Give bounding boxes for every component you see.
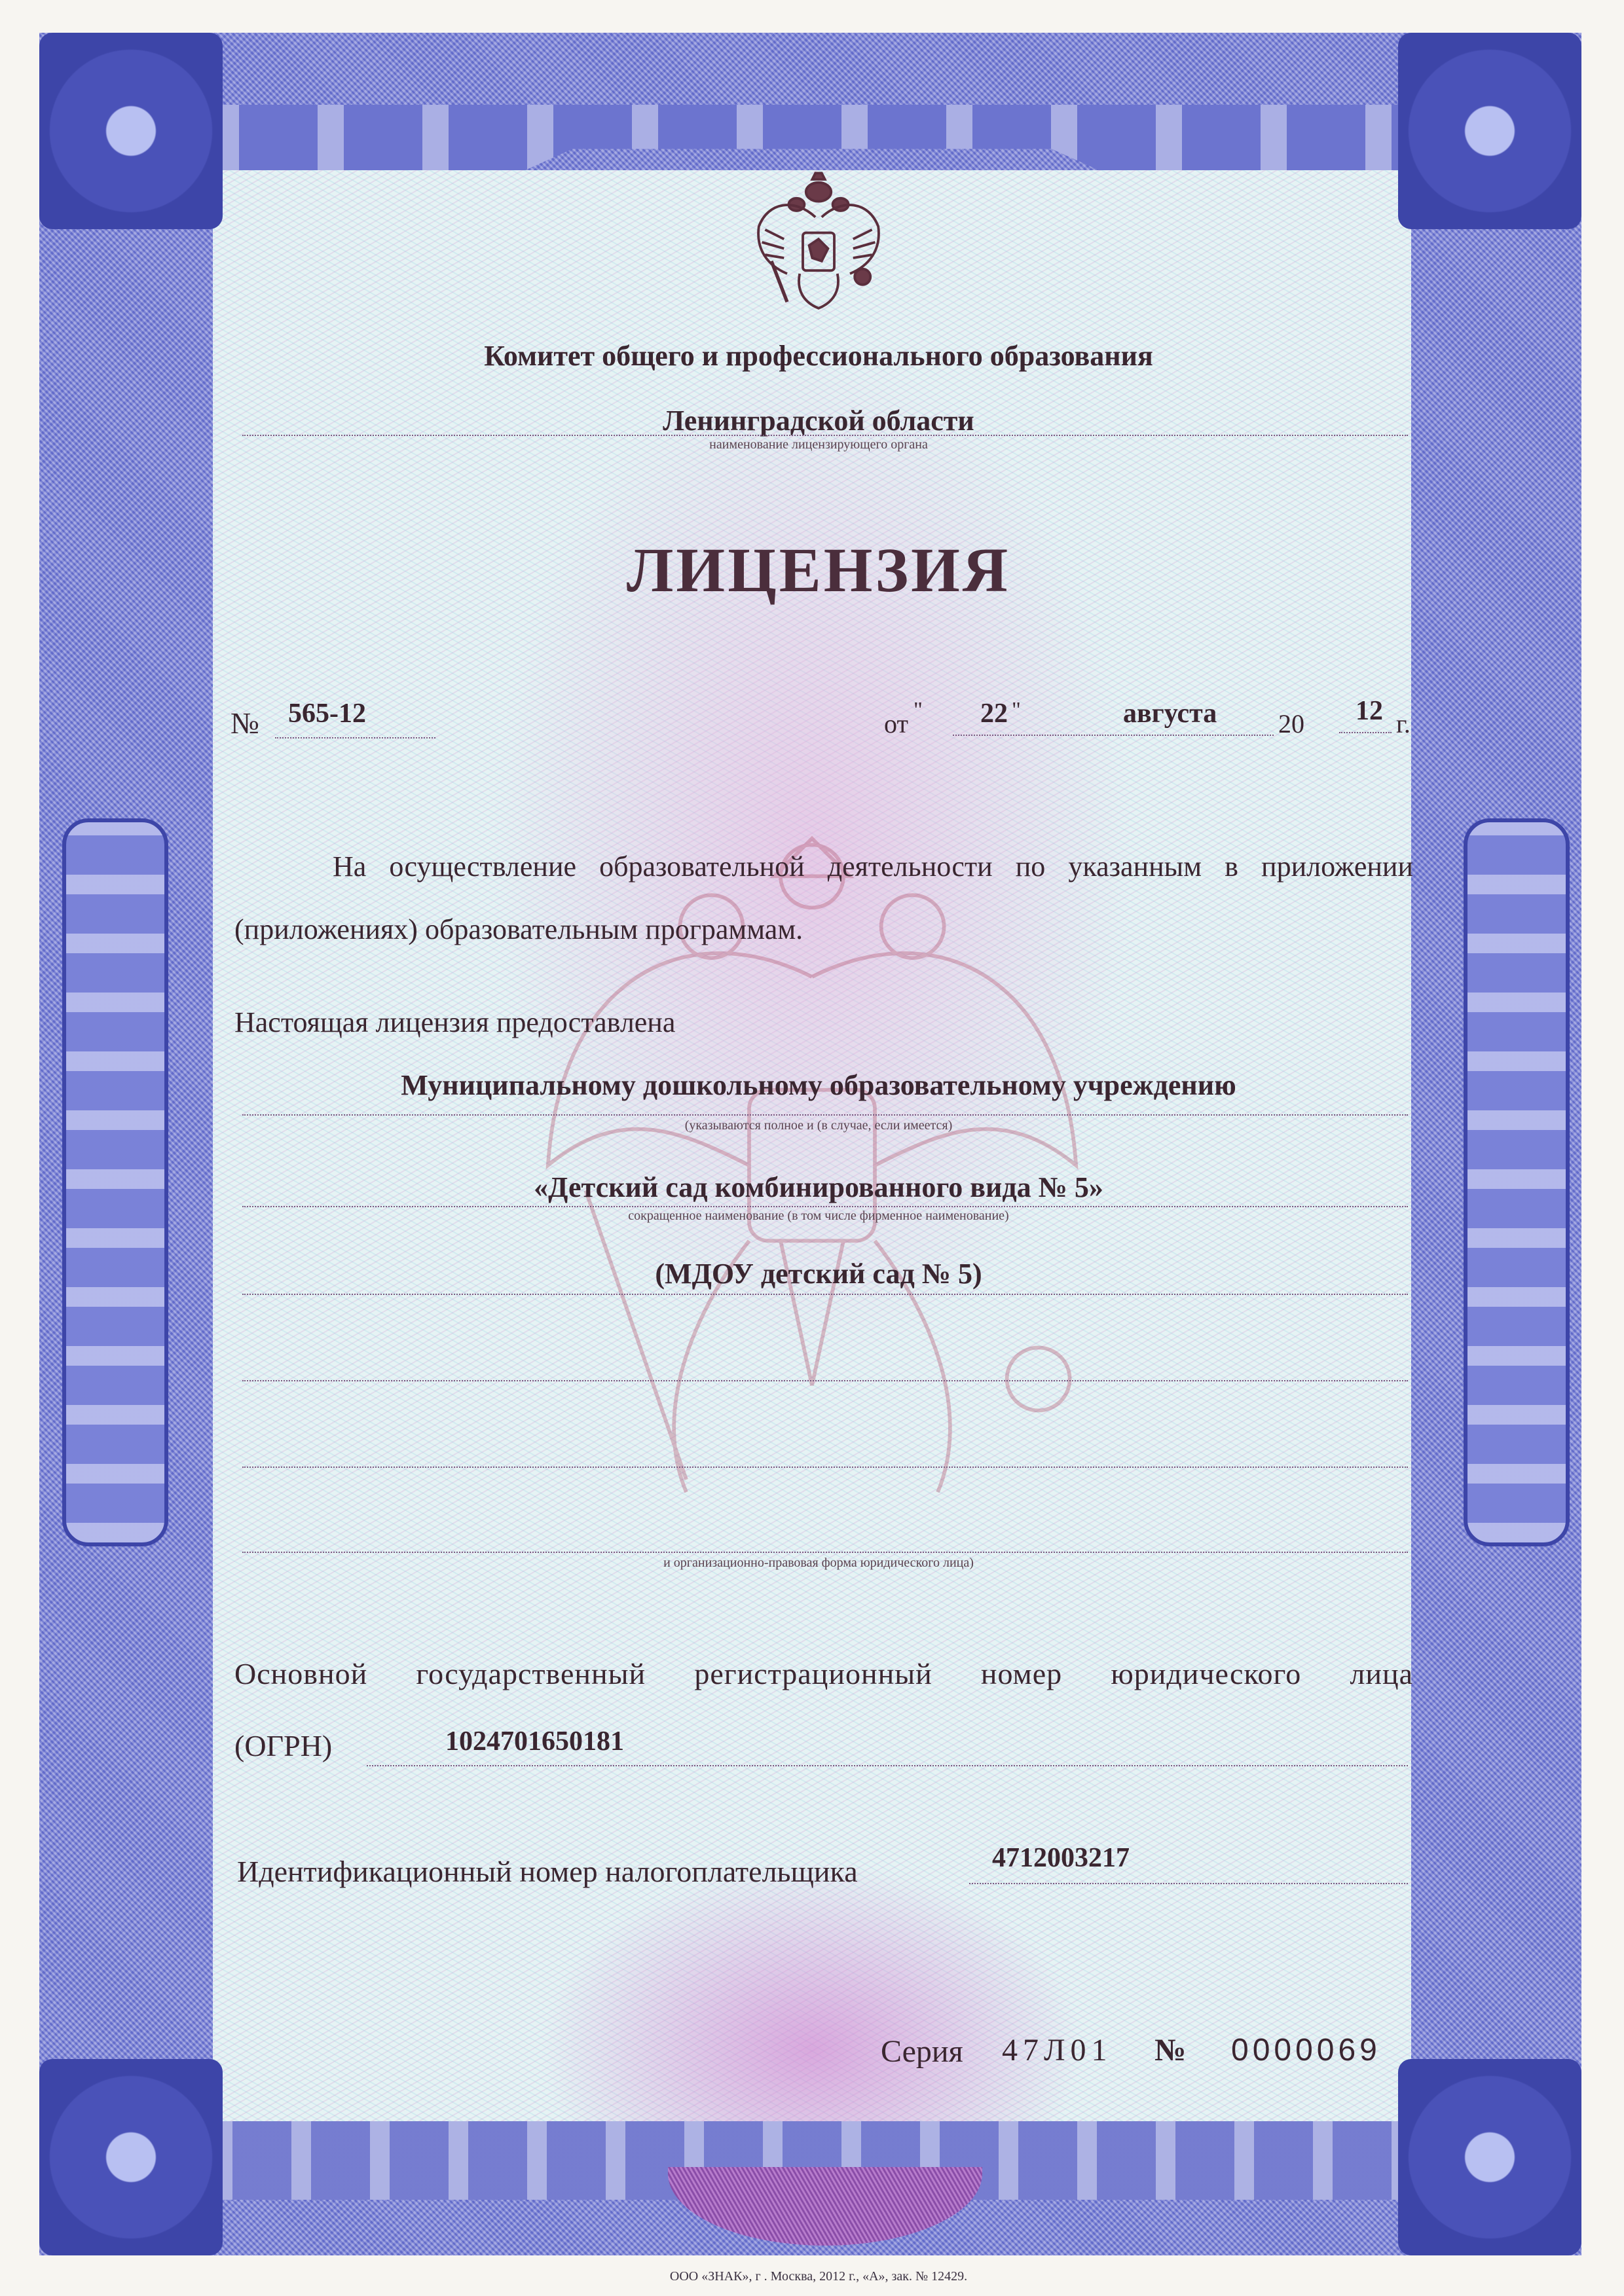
series-value: 47Л01 <box>1002 2032 1113 2068</box>
org-short-caption: сокращенное наименование (в том числе фи… <box>223 1209 1414 1224</box>
organization-short-name: «Детский сад комбинированного вида № 5» <box>223 1171 1414 1204</box>
series-number: 0000069 <box>1231 2032 1381 2068</box>
authority-caption: наименование лицензирующего органа <box>223 437 1414 452</box>
org-short-underline <box>242 1206 1408 1207</box>
inn-underline <box>969 1883 1408 1884</box>
corner-ornament-bottom-left <box>39 2059 223 2255</box>
organization-abbreviation: (МДОУ детский сад № 5) <box>223 1257 1414 1290</box>
date-quote-open: " <box>913 698 923 723</box>
series-label: Серия <box>881 2033 963 2069</box>
date-quote-close: " <box>1012 698 1021 723</box>
blank-line-2 <box>242 1467 1408 1468</box>
corner-ornament-top-left <box>39 33 223 229</box>
date-underline <box>953 735 1274 736</box>
inn-value: 4712003217 <box>992 1842 1130 1874</box>
year-underline <box>1339 732 1392 733</box>
granted-to-label: Настоящая лицензия предоставлена <box>234 1006 675 1039</box>
date-day: 22 <box>980 698 1008 729</box>
document-title: ЛИЦЕНЗИЯ <box>223 534 1414 606</box>
org-abbr-underline <box>242 1294 1408 1295</box>
organization-full-name: Муниципальному дошкольному образовательн… <box>223 1068 1414 1102</box>
license-purpose-text: На осуществление образовательной деятель… <box>234 835 1413 961</box>
ogrn-short-label: (ОГРН) <box>234 1728 332 1763</box>
license-number-label: № <box>231 706 259 740</box>
left-knot-ornament <box>62 818 168 1546</box>
right-knot-ornament <box>1464 818 1570 1546</box>
licensing-authority-line1: Комитет общего и профессионального образ… <box>223 339 1414 373</box>
authority-underline <box>242 435 1408 436</box>
date-suffix: г. <box>1396 708 1411 739</box>
number-underline <box>275 737 435 738</box>
org-full-underline <box>242 1114 1408 1116</box>
corner-ornament-top-right <box>1398 33 1581 229</box>
corner-ornament-bottom-right <box>1398 2059 1581 2255</box>
license-number: 565-12 <box>288 698 366 729</box>
blank-line-3 <box>242 1552 1408 1553</box>
date-month: августа <box>1123 698 1217 729</box>
date-century: 20 <box>1278 708 1304 739</box>
series-number-label: № <box>1154 2032 1186 2068</box>
date-from-label: от <box>884 708 908 739</box>
date-year: 12 <box>1356 695 1383 727</box>
org-form-caption: и организационно-правовая форма юридичес… <box>223 1556 1414 1571</box>
licensing-authority-line2: Ленинградской области <box>223 404 1414 437</box>
printer-imprint: ООО «ЗНАК», г . Москва, 2012 г., «А», за… <box>223 2269 1414 2284</box>
coat-of-arms-icon <box>740 164 897 321</box>
blank-line-1 <box>242 1380 1408 1381</box>
ogrn-underline <box>367 1765 1408 1766</box>
org-full-caption: (указываются полное и (в случае, если им… <box>223 1118 1414 1133</box>
inn-label: Идентификационный номер налогоплательщик… <box>237 1854 858 1889</box>
ogrn-label-text: Основной государственный регистрационный… <box>234 1656 1413 1691</box>
ogrn-value: 1024701650181 <box>445 1726 624 1757</box>
